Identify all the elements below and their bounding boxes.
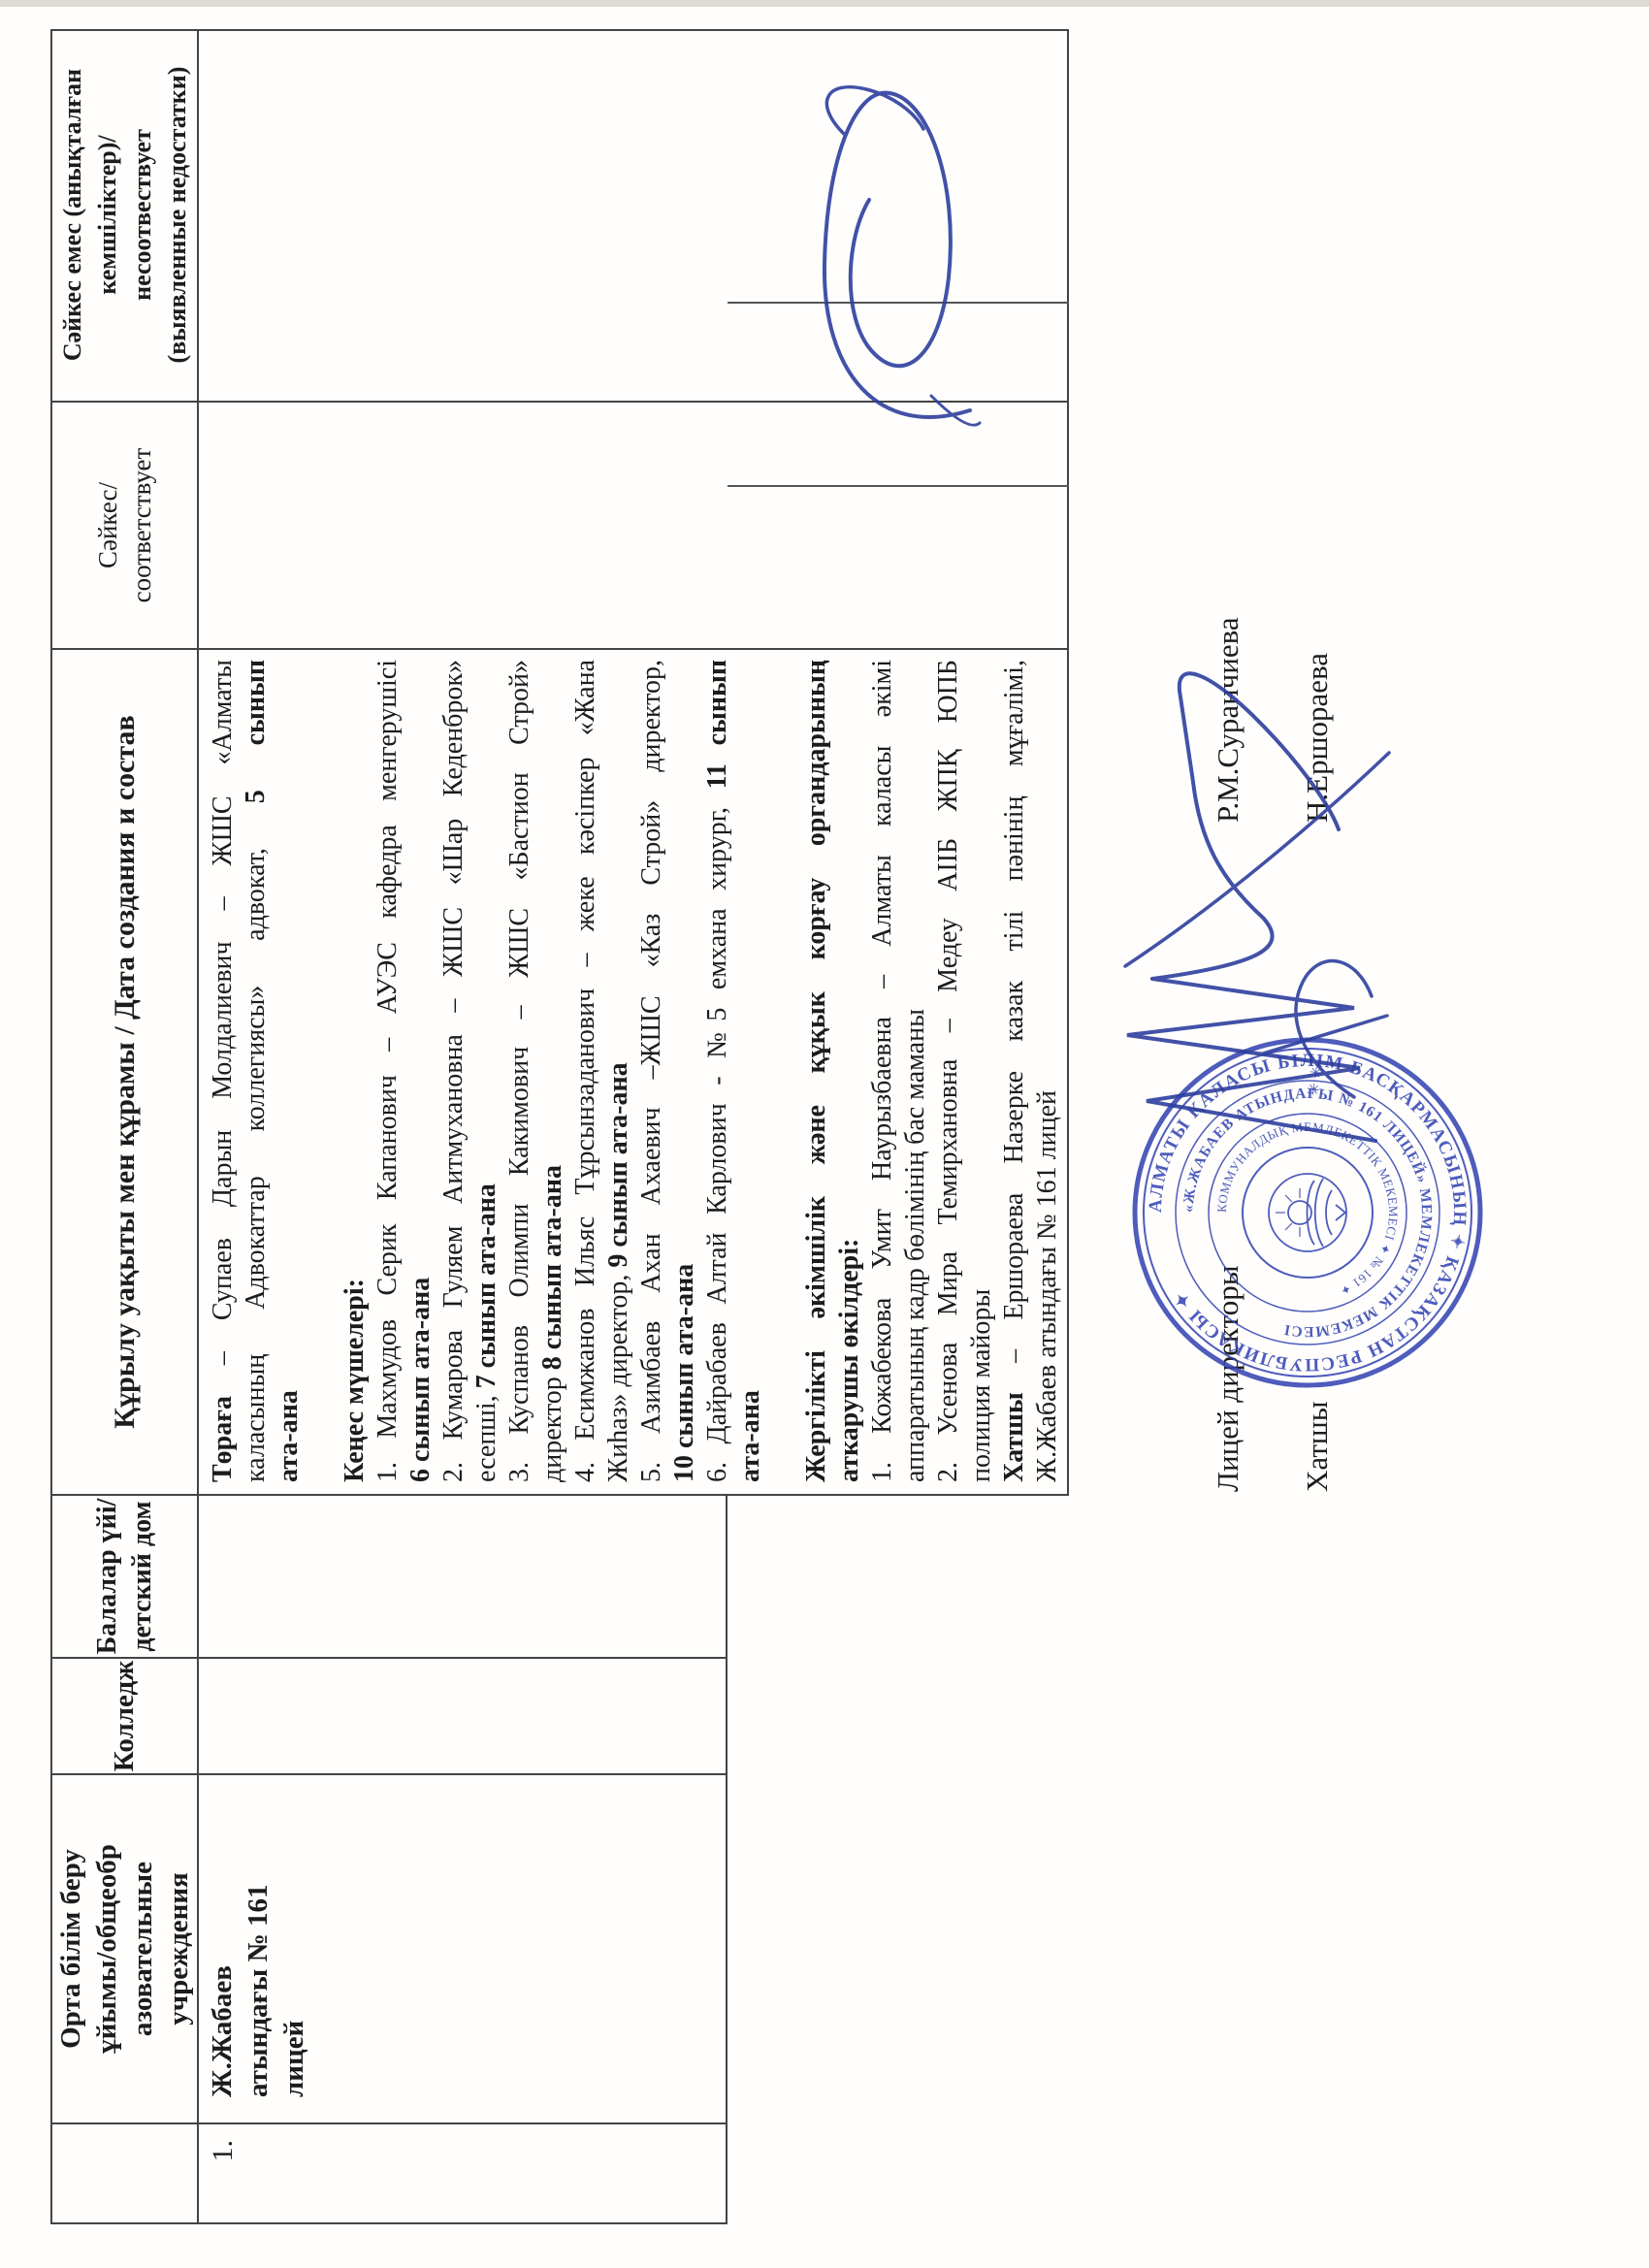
- column-college: Колледж: [52, 1659, 727, 1775]
- inspection-table: 1. Орта білім беру ұйымы/общеобр азовате…: [50, 29, 1067, 2224]
- content-line: 4. Есимжанов Ильяс Тұрсынзаданович – жек…: [569, 660, 602, 1482]
- header-orphanage: Балалар үйі/ детский дом: [52, 1496, 199, 1657]
- content-line: [306, 660, 339, 1482]
- stamp-emblem: [1269, 1174, 1346, 1251]
- cell-school-name: Ж.Жабаев атындағы № 161 лицей: [199, 1775, 312, 2122]
- content-line: каласының Адвокаттар коллегиясы» адвокат…: [240, 660, 273, 1482]
- column-number: 1.: [52, 2124, 727, 2224]
- inner-rule-2: [727, 302, 1069, 304]
- content-line: есепші, 7 сынып ата-ана: [470, 660, 503, 1482]
- content-line: аткарушы өкілдері:: [833, 660, 866, 1482]
- content-line: 10 сынып ата-ана: [668, 660, 701, 1482]
- content-line: 6 сынып ата-ана: [404, 660, 437, 1482]
- director-name: Р.М.Суранчиева: [1211, 617, 1245, 823]
- header-school: Орта білім беру ұйымы/общеобр азовательн…: [52, 1775, 199, 2122]
- inner-rule-1: [727, 485, 1069, 487]
- content-line: 1. Кожабекова Умит Наурызбаевна – Алматы…: [866, 660, 899, 1482]
- content-line: 2. Кумарова Гуляем Аитмухановна – ЖШС «Ш…: [437, 660, 470, 1482]
- content-line: Жиһаз» директор, 9 сынып ата-ана: [602, 660, 635, 1482]
- official-stamp: АЛМАТЫ ҚАЛАСЫ БІЛІМ БАСҚАРМАСЫНЫҢ ✦ ҚАЗА…: [1130, 1035, 1485, 1390]
- content-line: 3. Куспанов Олимпи Какимович – ЖШС «Баст…: [503, 660, 536, 1482]
- header-college: Колледж: [52, 1659, 199, 1773]
- content-line: полиция майоры: [965, 660, 998, 1482]
- scanned-page: 1. Орта білім беру ұйымы/общеобр азовате…: [0, 0, 1649, 2268]
- header-corresponds: Сәйкес/ соответствует: [52, 403, 199, 648]
- content-line: Төраға – Супаев Дарын Молдалиевич – ЖШС …: [207, 660, 240, 1482]
- content-line: 2. Усенова Мира Темирхановна – Медеу АІІ…: [932, 660, 965, 1482]
- content-line: 6. Дайрабаев Алтай Карлович - №5 емхана …: [701, 660, 734, 1482]
- secretary-label: Хатшы: [1300, 1401, 1335, 1492]
- content-line: Хатшы – Ершораева Назерке казак тілі пән…: [998, 660, 1031, 1482]
- scan-edge-artifact: [0, 0, 1649, 7]
- content-line: 5. Азимбаев Ахан Ахаевич –ЖШС «Каз Строй…: [635, 660, 668, 1482]
- content-line: Ж.Жабаев атындағы № 161 лицей: [1031, 660, 1064, 1482]
- content-line: 1. Махмудов Серик Капанович – АУЭС кафед…: [372, 660, 404, 1482]
- cell-composition-text: Төраға – Супаев Дарын Молдалиевич – ЖШС …: [199, 650, 1064, 1494]
- cell-row-number: 1.: [199, 2124, 240, 2222]
- header-not-corresponds: Сәйкес емес (анықталған кемшіліктер)/ не…: [52, 29, 199, 401]
- column-corresponds: Сәйкес/ соответствует: [52, 403, 1069, 650]
- landscape-document: 1. Орта білім беру ұйымы/общеобр азовате…: [0, 0, 1649, 2268]
- header-composition: Құрылу уақыты мен құрамы / Дата создания…: [52, 650, 199, 1494]
- content-line: Жергілікті әкімшілік және құқык корғау о…: [800, 660, 833, 1482]
- content-line: Кеңес мүшелері:: [339, 660, 372, 1482]
- content-line: ата-ана: [273, 660, 306, 1482]
- content-line: директор 8 сынып ата-ана: [536, 660, 569, 1482]
- secretary-name: Н.Ершораева: [1300, 653, 1335, 823]
- column-school: Орта білім беру ұйымы/общеобр азовательн…: [52, 1775, 727, 2124]
- column-composition: Құрылу уақыты мен құрамы / Дата создания…: [52, 650, 1069, 1496]
- column-not-corresponds: Сәйкес емес (анықталған кемшіліктер)/ не…: [52, 29, 1069, 403]
- header-number: [52, 2124, 199, 2222]
- content-line: [767, 660, 800, 1482]
- column-orphanage: Балалар үйі/ детский дом: [52, 1496, 727, 1659]
- content-line: аппаратының кадр бөлімінің бас маманы: [899, 660, 932, 1482]
- content-line: ата-ана: [734, 660, 767, 1482]
